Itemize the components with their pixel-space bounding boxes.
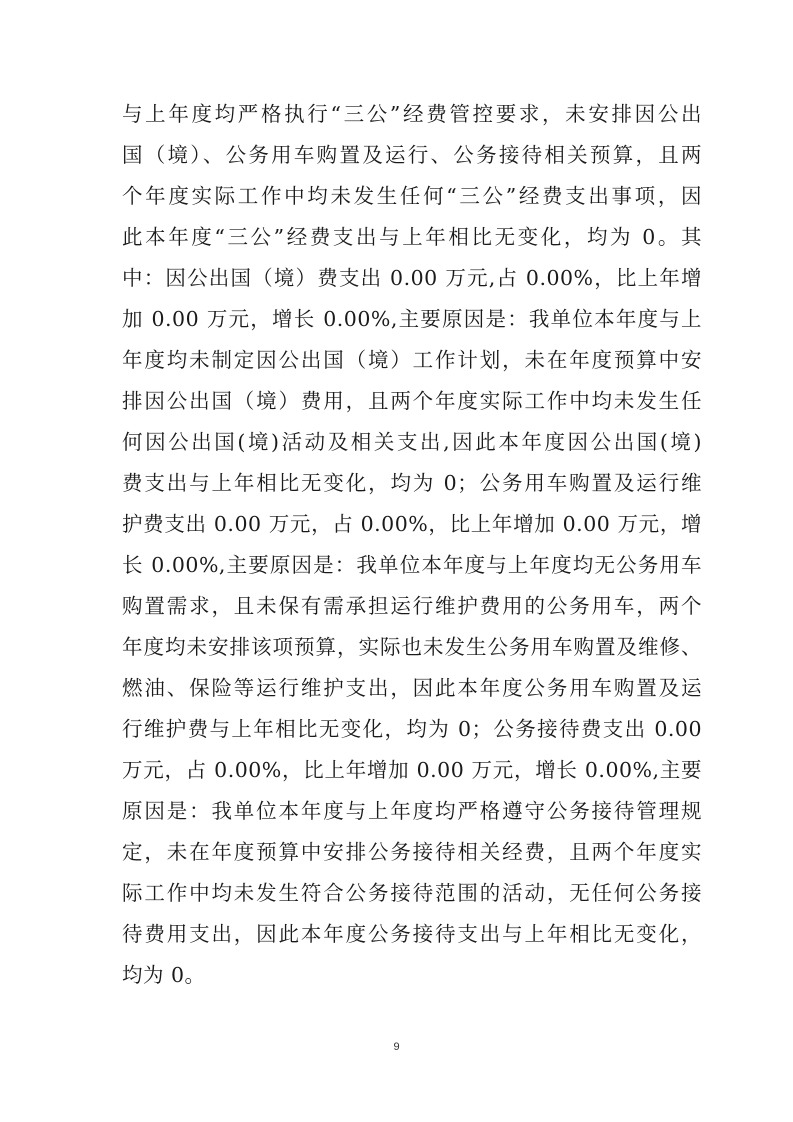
paragraph-line: 何因公出国(境)活动及相关支出,因此本年度因公出国(境) xyxy=(122,428,702,469)
paragraph-line: 行维护费与上年相比无变化，均为 0；公务接待费支出 0.00 xyxy=(122,715,702,756)
paragraph-line-last: 均为 0。 xyxy=(122,961,702,1002)
paragraph-line: 国（境）、公务用车购置及运行、公务接待相关预算，且两 xyxy=(122,141,702,182)
document-page: 与上年度均严格执行“三公”经费管控要求，未安排因公出 国（境）、公务用车购置及运… xyxy=(0,0,793,1122)
paragraph-line: 此本年度“三公”经费支出与上年相比无变化，均为 0。其 xyxy=(122,223,702,264)
paragraph-line: 定，未在年度预算中安排公务接待相关经费，且两个年度实 xyxy=(122,838,702,879)
paragraph-line: 费支出与上年相比无变化，均为 0；公务用车购置及运行维 xyxy=(122,469,702,510)
paragraph-line: 原因是：我单位本年度与上年度均严格遵守公务接待管理规 xyxy=(122,797,702,838)
paragraph-line: 际工作中均未发生符合公务接待范围的活动，无任何公务接 xyxy=(122,879,702,920)
paragraph-line: 长 0.00%,主要原因是：我单位本年度与上年度均无公务用车 xyxy=(122,551,702,592)
paragraph-line: 购置需求，且未保有需承担运行维护费用的公务用车，两个 xyxy=(122,592,702,633)
paragraph-line: 年度均未安排该项预算，实际也未发生公务用车购置及维修、 xyxy=(122,633,702,674)
paragraph-line: 个年度实际工作中均未发生任何“三公”经费支出事项，因 xyxy=(122,182,702,223)
paragraph-line: 加 0.00 万元，增长 0.00%,主要原因是：我单位本年度与上 xyxy=(122,305,702,346)
paragraph-line: 万元，占 0.00%，比上年增加 0.00 万元，增长 0.00%,主要 xyxy=(122,756,702,797)
paragraph-line: 与上年度均严格执行“三公”经费管控要求，未安排因公出 xyxy=(122,100,702,141)
paragraph-line: 排因公出国（境）费用，且两个年度实际工作中均未发生任 xyxy=(122,387,702,428)
paragraph-line: 护费支出 0.00 万元，占 0.00%，比上年增加 0.00 万元，增 xyxy=(122,510,702,551)
paragraph-line: 年度均未制定因公出国（境）工作计划，未在年度预算中安 xyxy=(122,346,702,387)
paragraph-line: 中：因公出国（境）费支出 0.00 万元,占 0.00%，比上年增 xyxy=(122,264,702,305)
paragraph-line: 燃油、保险等运行维护支出，因此本年度公务用车购置及运 xyxy=(122,674,702,715)
body-paragraph: 与上年度均严格执行“三公”经费管控要求，未安排因公出 国（境）、公务用车购置及运… xyxy=(122,100,702,1002)
page-number: 9 xyxy=(0,1041,793,1053)
paragraph-line: 待费用支出，因此本年度公务接待支出与上年相比无变化， xyxy=(122,920,702,961)
